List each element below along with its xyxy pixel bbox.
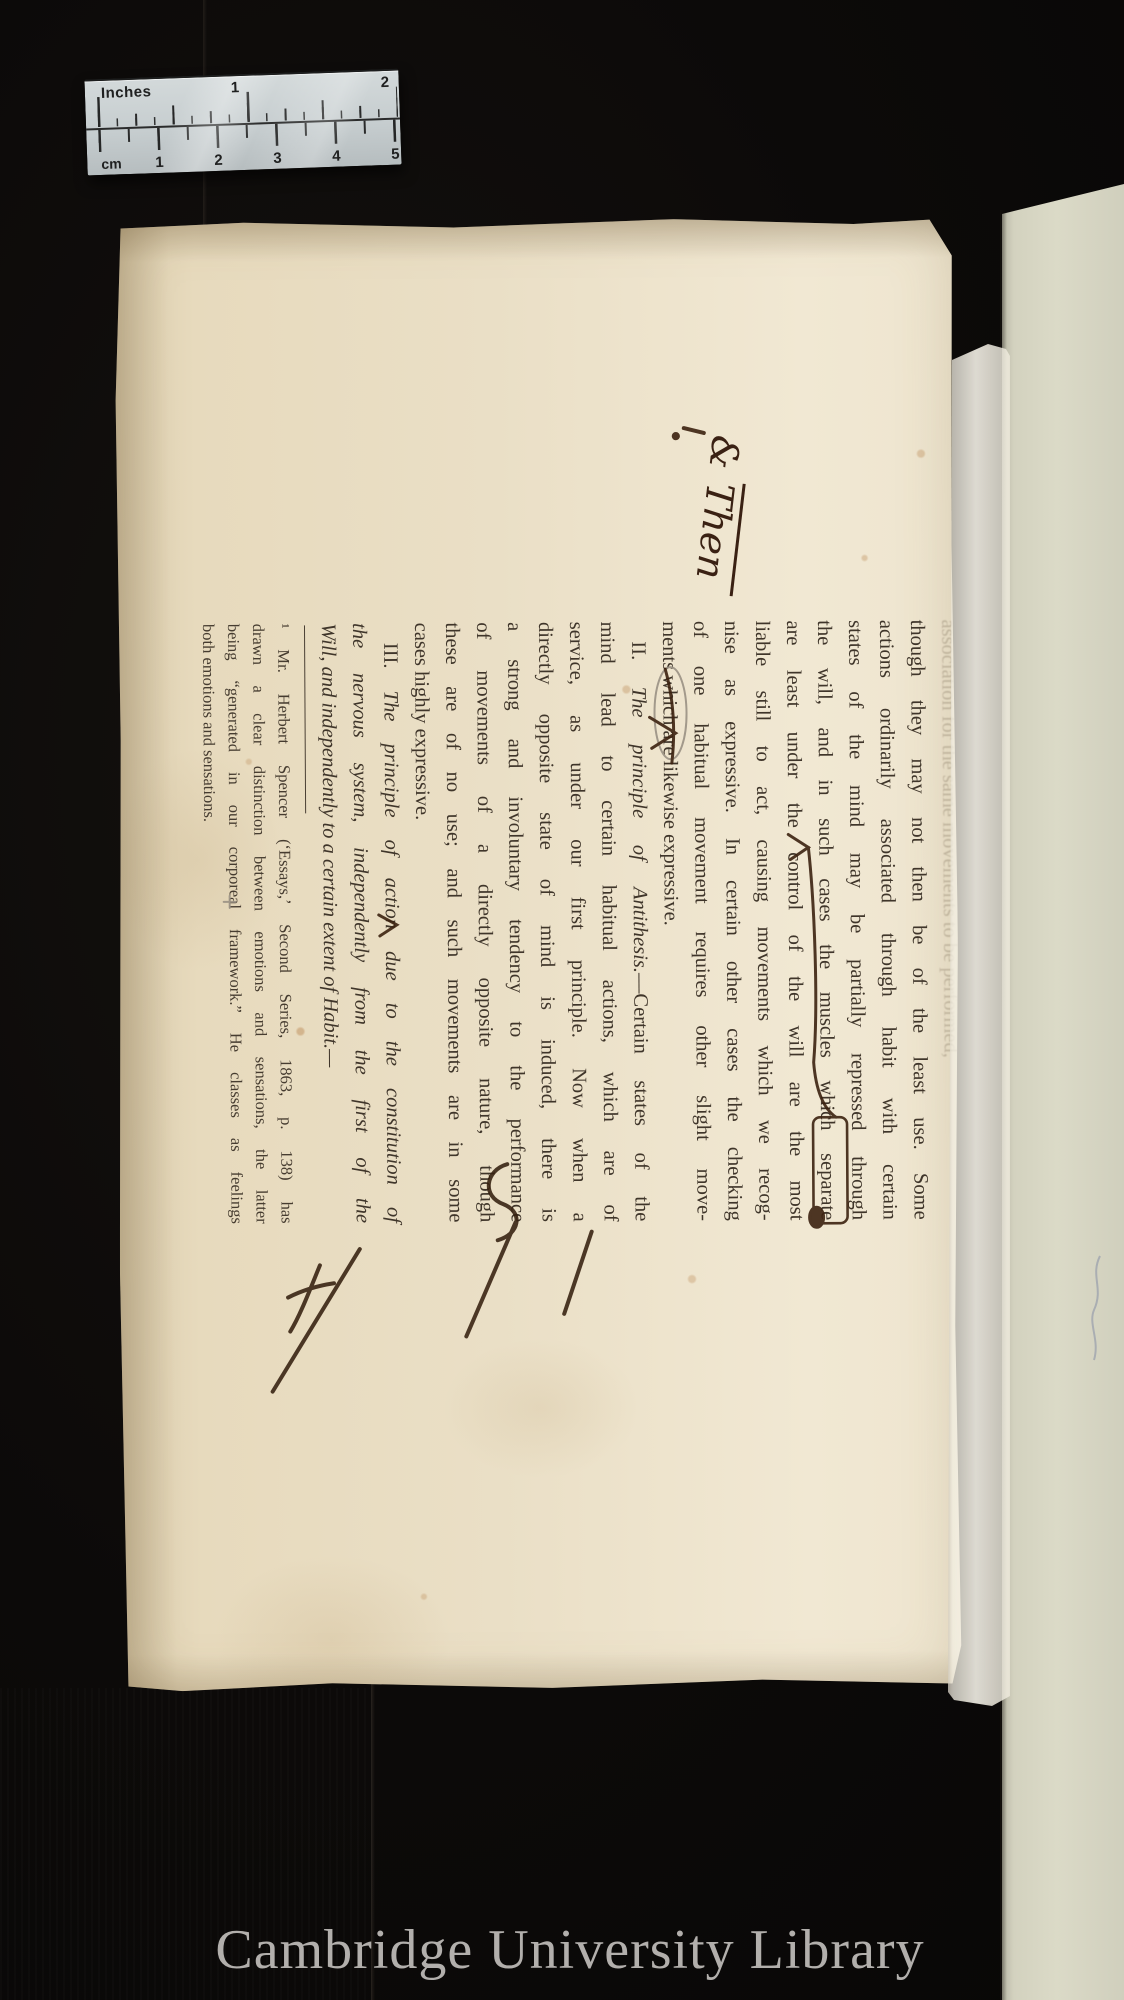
library-watermark: Cambridge University Library xyxy=(140,1918,1000,1982)
cm-number: 3 xyxy=(273,150,282,167)
cm-number: 2 xyxy=(214,152,223,169)
photographed-book-page: association for the same movements to be… xyxy=(0,0,1124,2000)
measuring-ruler: Inches 1 2 cm 1 2 3 4 5 xyxy=(84,69,401,176)
inch-number: 1 xyxy=(231,79,240,96)
inch-number: 2 xyxy=(380,74,389,91)
proof-page: association for the same movements to be… xyxy=(114,215,963,1694)
cm-label: cm xyxy=(101,155,122,172)
cm-number: 5 xyxy=(391,146,400,163)
handwritten-proof-marks xyxy=(114,215,963,1694)
tissue-guard-strip xyxy=(948,344,1012,1706)
cm-number: 1 xyxy=(155,154,164,171)
inches-label: Inches xyxy=(101,83,152,102)
facing-book-page xyxy=(1002,184,1124,2000)
cm-number: 4 xyxy=(332,148,341,165)
pencil-shelfmark xyxy=(1082,1248,1112,1368)
